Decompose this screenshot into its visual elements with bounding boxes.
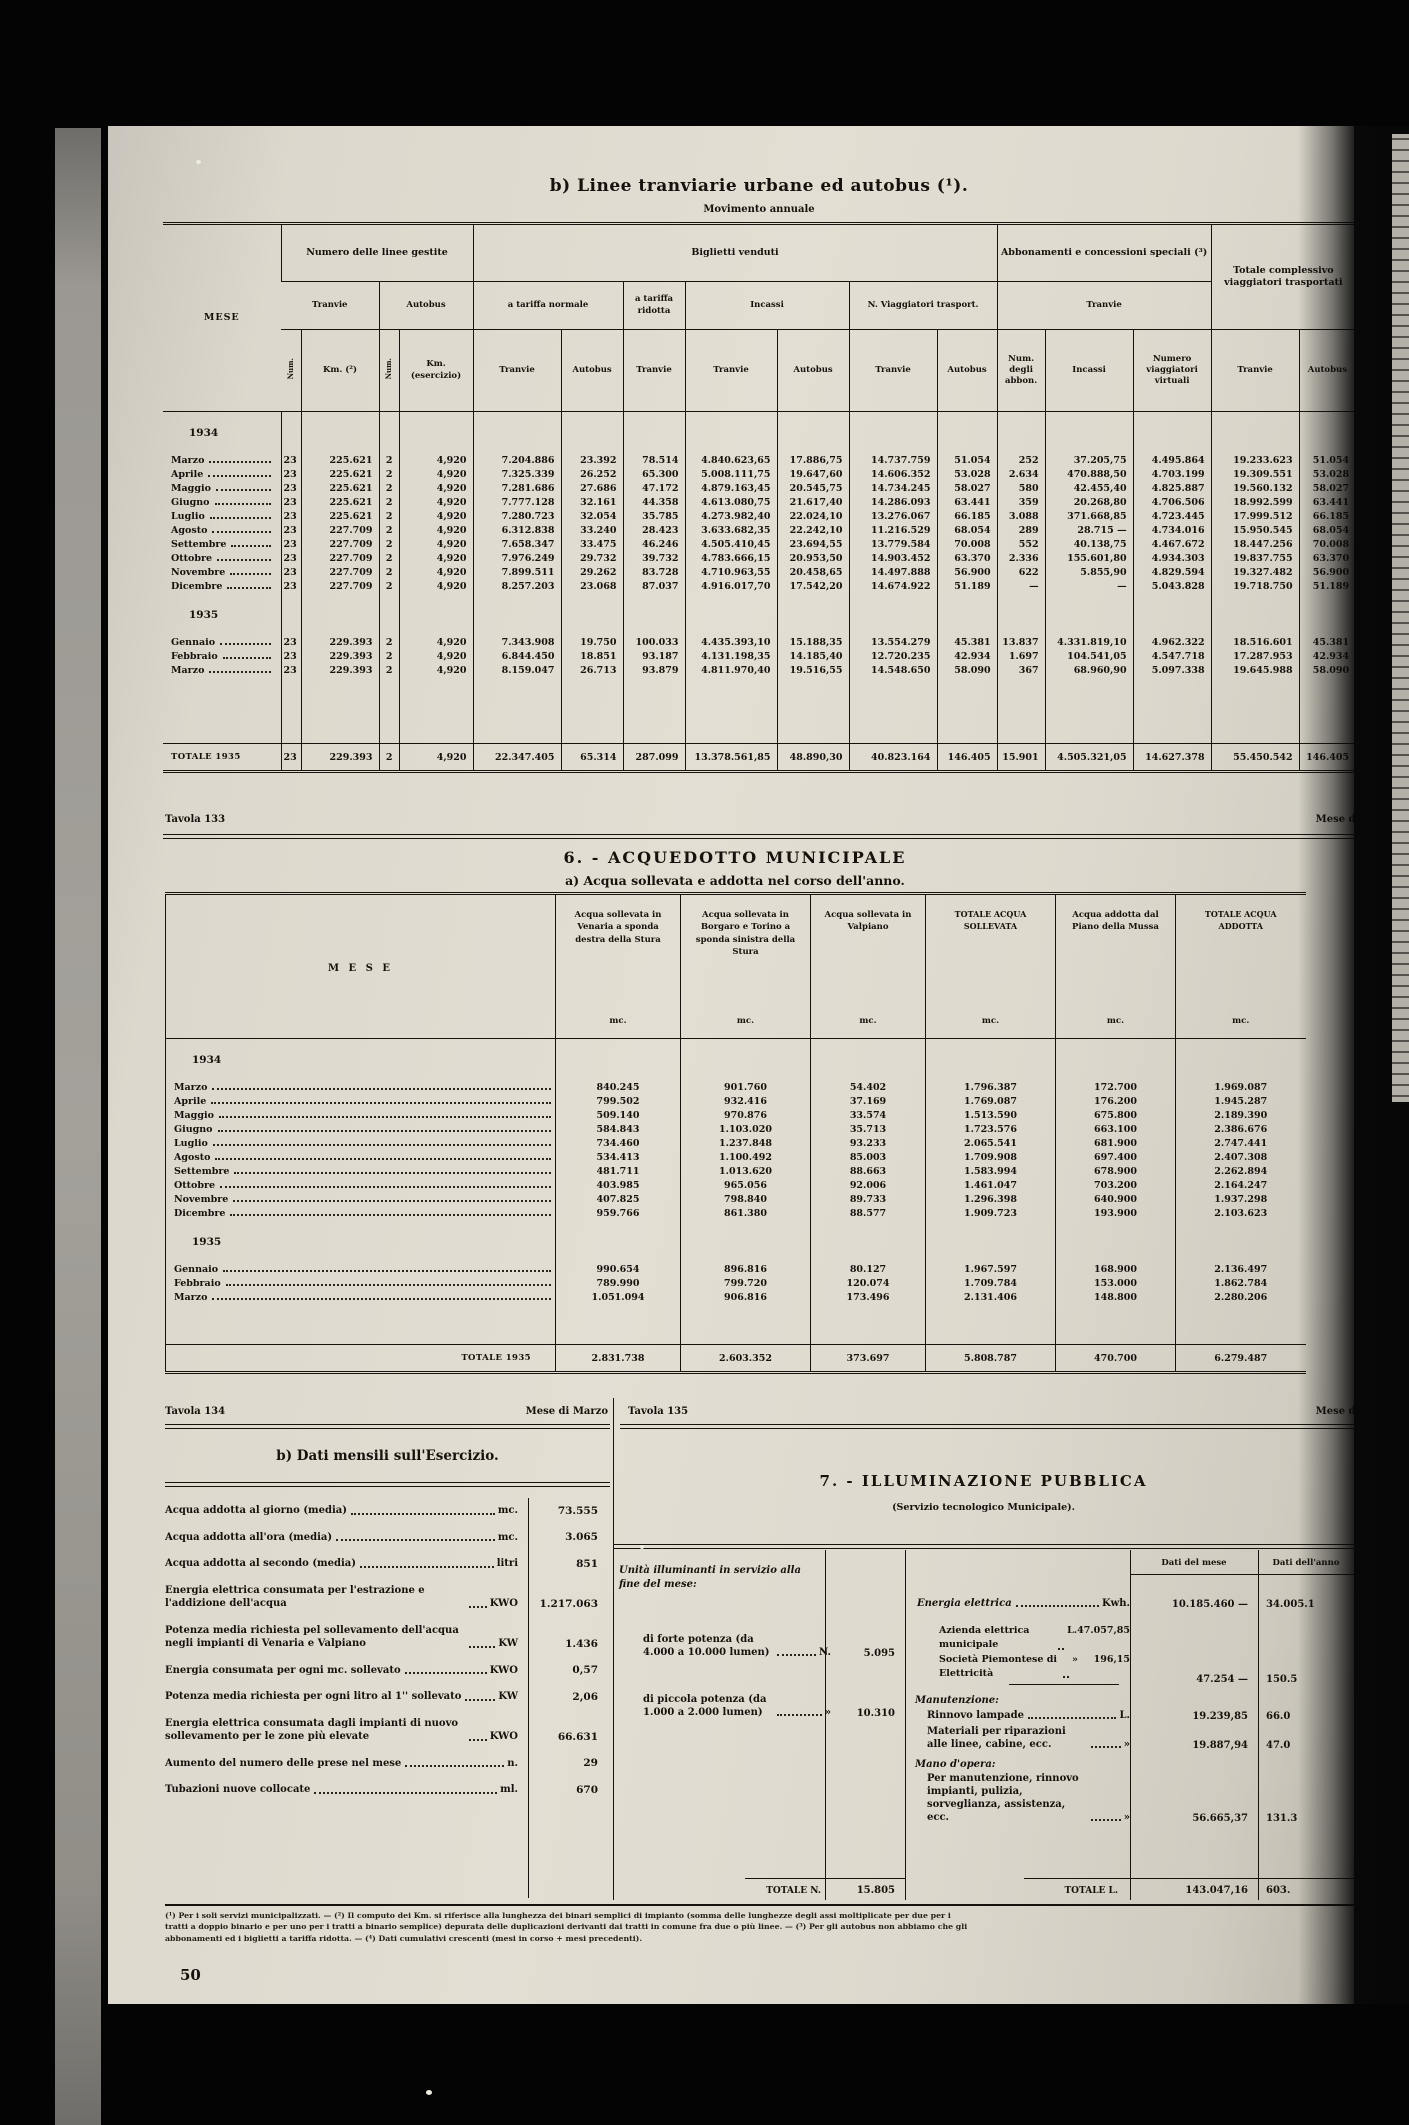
label-text: Settembre [174, 1166, 229, 1177]
empty-cell [811, 1305, 926, 1345]
table-cell: 2.407.308 [1176, 1151, 1306, 1165]
row-label: Gennaio [163, 636, 281, 650]
label-text: Agosto [171, 525, 207, 536]
item-label: Tubazioni nuove collocateml. [165, 1783, 528, 1797]
table-cell: 4.703.199 [1133, 468, 1211, 482]
sub-autobus: Autobus [379, 282, 473, 330]
table-row: Ottobre23227.70924,9207.976.24929.73239.… [163, 552, 1354, 566]
table-cell: 678.900 [1056, 1165, 1176, 1179]
header-text: Acqua addotta dal Piano della Mussa [1064, 909, 1167, 934]
row-label-flex: Agosto [174, 1152, 555, 1163]
table-cell: 4.706.506 [1133, 496, 1211, 510]
table-cell: 66.185 [937, 510, 997, 524]
table-cell: 4.934.303 [1133, 552, 1211, 566]
table-cell: 29.262 [561, 566, 623, 580]
dot-leader [215, 503, 271, 505]
unita-illuminanti-intro: Unità illuminanti in servizio alla fine … [619, 1564, 819, 1591]
row-label: Maggio [166, 1109, 556, 1123]
table-cell: 2 [379, 482, 399, 496]
table-cell: 176.200 [1056, 1095, 1176, 1109]
illuminazione-section: 7. - ILLUMINAZIONE PUBBLICA (Servizio te… [613, 1458, 1354, 1900]
empty-cell [1211, 594, 1299, 636]
value-mese: 47.254 — [1130, 1674, 1258, 1685]
dot-leader [1091, 1819, 1121, 1821]
row-label: Luglio [166, 1137, 556, 1151]
table-cell: 15.188,35 [777, 636, 849, 650]
label-text: Potenza media richiesta pel sollevamento… [165, 1624, 465, 1651]
empty-cell [926, 1039, 1056, 1081]
empty-cell [623, 412, 685, 454]
unit-label: n. [507, 1757, 518, 1771]
label-text: Tubazioni nuove collocate [165, 1783, 310, 1797]
dati-mensili-item: Acqua addotta all'ora (media)mc.3.065 [165, 1531, 610, 1545]
sub-value: 47.057,85 [1077, 1624, 1130, 1653]
section7-subtitle: (Servizio tecnologico Municipale). [613, 1502, 1354, 1513]
row-label-flex: Novembre [174, 1194, 555, 1205]
label-text: di forte potenza (da 4.000 a 10.000 lume… [643, 1633, 773, 1659]
label-text: Settembre [171, 539, 226, 550]
dot-leader [230, 573, 270, 575]
label-text: Energia elettrica consumata dagli impian… [165, 1717, 465, 1744]
empty-cell [811, 1221, 926, 1263]
horizontal-rule [165, 1482, 610, 1487]
table1-header: MESE Numero delle linee gestite Bigliett… [163, 224, 1354, 412]
table-cell: 734.460 [556, 1137, 681, 1151]
table-cell: 23 [281, 636, 301, 650]
year-row: 1935 [163, 594, 1354, 636]
table-cell: 906.816 [681, 1291, 811, 1305]
table-cell: 65.300 [623, 468, 685, 482]
year-label: 1935 [163, 594, 281, 636]
table-cell: 19.647,60 [777, 468, 849, 482]
row-label: Giugno [166, 1123, 556, 1137]
dot-leader [212, 1088, 551, 1090]
dot-leader [469, 1646, 495, 1648]
table-cell: 4,920 [399, 566, 473, 580]
empty-cell [301, 412, 379, 454]
table-cell: 470.888,50 [1045, 468, 1133, 482]
empty-cell [681, 1221, 811, 1263]
sub-incassi: Incassi [685, 282, 849, 330]
table-row: Marzo840.245901.76054.4021.796.387172.70… [166, 1081, 1306, 1095]
unit-label: mc. [689, 1015, 802, 1027]
col-mese: MESE [163, 224, 281, 412]
table-cell: 1.796.387 [926, 1081, 1056, 1095]
label-text: Novembre [171, 567, 225, 578]
row-label: Dicembre [166, 1207, 556, 1221]
table-row: Luglio734.4601.237.84893.2332.065.541681… [166, 1137, 1306, 1151]
table-cell: 37.205,75 [1045, 454, 1133, 468]
scan-speck [640, 1545, 644, 1549]
table-cell: 580 [997, 482, 1045, 496]
row-label-flex: Giugno [171, 497, 275, 508]
empty-cell [685, 412, 777, 454]
col-totale-tranvie: Tranvie [1211, 330, 1299, 412]
year-row: 1934 [163, 412, 1354, 454]
empty-cell [1056, 1221, 1176, 1263]
dot-leader [208, 475, 270, 477]
table-cell: 14.903.452 [849, 552, 937, 566]
page-number: 50 [180, 1966, 201, 1984]
dot-leader [1091, 1746, 1121, 1748]
table-cell: 4,920 [399, 496, 473, 510]
table-cell: 42.934 [937, 650, 997, 664]
label-text: Luglio [174, 1138, 208, 1149]
table-cell: 227.709 [301, 524, 379, 538]
table-cell: 4.547.718 [1133, 650, 1211, 664]
table-cell: 146.405 [937, 744, 997, 772]
sub-tranvie-abbonamenti: Tranvie [997, 282, 1211, 330]
table-cell: 63.441 [937, 496, 997, 510]
col-addotta-mussa: Acqua addotta dal Piano della Mussamc. [1056, 894, 1176, 1039]
table1-title: b) Linee tranviarie urbane ed autobus (¹… [163, 176, 1354, 196]
col-dati-mese: Dati del mese [1130, 1550, 1258, 1575]
col-incassi-abbonamenti: Incassi [1045, 330, 1133, 412]
list-item: di forte potenza (da 4.000 a 10.000 lume… [619, 1633, 905, 1659]
sub-lines: Azienda elettrica municipale L. 47.057,8… [913, 1624, 1130, 1685]
item-value: 5.095 [831, 1648, 905, 1659]
empty-cell [379, 678, 399, 744]
table-cell: 20.545,75 [777, 482, 849, 496]
table-cell: 87.037 [623, 580, 685, 594]
horizontal-rule [165, 1424, 610, 1429]
value-mese: 56.665,37 [1130, 1813, 1258, 1824]
row-label: Aprile [163, 468, 281, 482]
sub-viaggiatori: N. Viaggiatori trasport. [849, 282, 997, 330]
col-num-abbonati: Num. degli abbon. [997, 330, 1045, 412]
dot-leader [216, 489, 271, 491]
table-cell: 23 [281, 538, 301, 552]
dot-leader [212, 1298, 551, 1300]
row-label: Ottobre [163, 552, 281, 566]
table-cell: 27.686 [561, 482, 623, 496]
dati-mensili-item: Potenza media richiesta per ogni litro a… [165, 1690, 610, 1704]
table-cell: 2 [379, 636, 399, 650]
table-cell: 470.700 [1056, 1345, 1176, 1373]
tavola-135-label: Tavola 135 [628, 1406, 688, 1417]
empty-cell [685, 594, 777, 636]
table-cell: 1.051.094 [556, 1291, 681, 1305]
row-label: Settembre [166, 1165, 556, 1179]
table-row: Giugno584.8431.103.02035.7131.723.576663… [166, 1123, 1306, 1137]
table-cell: 1.513.590 [926, 1109, 1056, 1123]
row-label: Agosto [166, 1151, 556, 1165]
row-label: Febbraio [166, 1277, 556, 1291]
table-cell: 4,920 [399, 454, 473, 468]
col-normale-autobus: Autobus [561, 330, 623, 412]
year-label: 1934 [166, 1039, 556, 1081]
table-cell: 20.953,50 [777, 552, 849, 566]
table-cell: 373.697 [811, 1345, 926, 1373]
unit-label: ml. [500, 1783, 518, 1797]
year-row: 1934 [166, 1039, 1306, 1081]
total-row: Totale N. 15.805 [619, 1879, 905, 1900]
label-text: Aprile [171, 469, 203, 480]
column-headers: Dati del mese Dati dell'anno [913, 1550, 1354, 1575]
table-row: Agosto23227.70924,9206.312.83833.24028.4… [163, 524, 1354, 538]
table-cell: 68.960,90 [1045, 664, 1133, 678]
table-cell: 229.393 [301, 744, 379, 772]
table-cell: 21.617,40 [777, 496, 849, 510]
materiali-row: Materiali per riparazioni alle linee, ca… [913, 1725, 1354, 1751]
label-text: Luglio [171, 511, 205, 522]
table-cell: 40.823.164 [849, 744, 937, 772]
table-cell: 227.709 [301, 580, 379, 594]
col-num-tranvie: Num. [281, 330, 301, 412]
table-cell: 798.840 [681, 1193, 811, 1207]
row-label: Aprile [166, 1095, 556, 1109]
table1-body: 1934Marzo23225.62124,9207.204.88623.3927… [163, 412, 1354, 772]
dot-leader [220, 643, 270, 645]
table-cell: 23 [281, 744, 301, 772]
label-text: Febbraio [171, 651, 218, 662]
empty-cell [1176, 1221, 1306, 1263]
table-cell: 4.734.016 [1133, 524, 1211, 538]
label-text: Gennaio [171, 637, 215, 648]
table-cell: 5.855,90 [1045, 566, 1133, 580]
empty-cell [681, 1039, 811, 1081]
dot-leader [210, 517, 271, 519]
horizontal-rule [620, 1424, 1354, 1429]
table-cell: 287.099 [623, 744, 685, 772]
num-vertical-label: Num. [384, 358, 393, 379]
group-abbonamenti: Abbonamenti e concessioni speciali (³) [997, 224, 1211, 282]
spese-illuminazione-block: Dati del mese Dati dell'anno Energia ele… [913, 1550, 1354, 1900]
empty-cell [777, 412, 849, 454]
total-mese: 143.047,16 [1130, 1885, 1258, 1896]
col-normale-tranvie: Tranvie [473, 330, 561, 412]
col-totale-addotta: Totale acqua addottamc. [1176, 894, 1306, 1039]
table-cell: 19.309.551 [1211, 468, 1299, 482]
table-cell: 4.962.322 [1133, 636, 1211, 650]
table-cell: 148.800 [1056, 1291, 1176, 1305]
empty-cell [849, 678, 937, 744]
table-cell: 7.899.511 [473, 566, 561, 580]
table-cell: 45.381 [937, 636, 997, 650]
table-cell: 93.187 [623, 650, 685, 664]
item-value: 670 [528, 1783, 610, 1797]
table-cell: 4.613.080,75 [685, 496, 777, 510]
table-cell: 8.257.203 [473, 580, 561, 594]
dot-leader [405, 1672, 487, 1674]
total-label: Totale N. [619, 1886, 831, 1896]
table-row: Ottobre403.985965.05692.0061.461.047703.… [166, 1179, 1306, 1193]
table-cell: 17.542,20 [777, 580, 849, 594]
item-value: 0,57 [528, 1664, 610, 1678]
unit-label: Kwh. [1102, 1597, 1130, 1610]
table-cell: 227.709 [301, 538, 379, 552]
table-cell: 970.876 [681, 1109, 811, 1123]
item-value: 66.631 [528, 1717, 610, 1744]
sub-line: Società Piemontese di Elettricità » 196,… [913, 1653, 1130, 1682]
table-cell: 2 [379, 538, 399, 552]
table-cell: 14.674.922 [849, 580, 937, 594]
table-row: Marzo1.051.094906.816173.4962.131.406148… [166, 1291, 1306, 1305]
table-cell: 7.281.686 [473, 482, 561, 496]
empty-cell [926, 1305, 1056, 1345]
dot-leader [351, 1513, 495, 1515]
unit-label: KW [498, 1690, 518, 1704]
row-label: Marzo [163, 664, 281, 678]
table-cell: 7.777.128 [473, 496, 561, 510]
table-cell: 28.715 — [1045, 524, 1133, 538]
row-label-flex: Maggio [174, 1110, 555, 1121]
unit-label: mc. [564, 1015, 672, 1027]
dot-leader [1028, 1717, 1117, 1719]
label-text: Febbraio [174, 1278, 221, 1289]
table-cell: 23 [281, 524, 301, 538]
table-cell: 42.455,40 [1045, 482, 1133, 496]
table-cell: 2 [379, 496, 399, 510]
table-cell: 8.159.047 [473, 664, 561, 678]
table-cell: 19.718.750 [1211, 580, 1299, 594]
empty-cell [997, 412, 1045, 454]
table-row: Gennaio990.654896.81680.1271.967.597168.… [166, 1263, 1306, 1277]
table-cell: 4,920 [399, 744, 473, 772]
table-cell: 2.386.676 [1176, 1123, 1306, 1137]
empty-cell [556, 1305, 681, 1345]
table-cell: 4,920 [399, 636, 473, 650]
tram-bus-table: MESE Numero delle linee gestite Bigliett… [163, 222, 1354, 773]
table-cell: 23 [281, 482, 301, 496]
dati-mensili-item: Acqua addotta al secondo (media)litri851 [165, 1557, 610, 1571]
table-cell: 534.413 [556, 1151, 681, 1165]
table-cell: 6.312.838 [473, 524, 561, 538]
unit-label: mc. [1184, 1015, 1298, 1027]
table-row: Agosto534.4131.100.49285.0031.709.908697… [166, 1151, 1306, 1165]
table-cell: 1.013.620 [681, 1165, 811, 1179]
table-cell: 23 [281, 580, 301, 594]
table-cell: 2 [379, 744, 399, 772]
table-cell: 4,920 [399, 524, 473, 538]
table-cell: 19.645.988 [1211, 664, 1299, 678]
dot-leader [209, 461, 270, 463]
col-viagg-tranvie: Tranvie [849, 330, 937, 412]
table-cell: 46.246 [623, 538, 685, 552]
dot-leader [231, 545, 270, 547]
unita-illuminanti-block: Unità illuminanti in servizio alla fine … [619, 1550, 905, 1900]
col-venaria: Acqua sollevata in Venaria a sponda dest… [556, 894, 681, 1039]
item-label: Aumento del numero delle prese nel mesen… [165, 1757, 528, 1771]
unit-label: mc. [819, 1015, 917, 1027]
row-label: Luglio [163, 510, 281, 524]
table-cell: 4.505.321,05 [1045, 744, 1133, 772]
section6-subtitle: a) Acqua sollevata e addotta nel corso d… [165, 873, 1305, 888]
item-value: 10.310 [831, 1708, 905, 1719]
col-valpiano: Acqua sollevata in Valpianomc. [811, 894, 926, 1039]
empty-cell [1176, 1039, 1306, 1081]
manutenzione-heading: Manutenzione: [913, 1695, 1354, 1706]
table-cell: 4.710.963,55 [685, 566, 777, 580]
footnotes-block: (¹) Per i soli servizi municipalizzati. … [165, 1904, 1354, 1944]
total-label: Totale L. [913, 1886, 1130, 1896]
table-cell: 35.713 [811, 1123, 926, 1137]
row-label: Dicembre [163, 580, 281, 594]
unit-label: mc. [498, 1531, 518, 1545]
label-text: Maggio [171, 483, 211, 494]
dot-leader [233, 1200, 551, 1202]
unit-label: KWO [490, 1730, 518, 1744]
table-cell: 12.720.235 [849, 650, 937, 664]
dati-mensili-item: Energia elettrica consumata per l'estraz… [165, 1584, 610, 1611]
table-cell: 29.732 [561, 552, 623, 566]
label-text: Potenza media richiesta per ogni litro a… [165, 1690, 461, 1704]
table-cell: 4.467.672 [1133, 538, 1211, 552]
table-cell: 23.068 [561, 580, 623, 594]
col-totale-sollevata: Totale acqua sollevatamc. [926, 894, 1056, 1039]
adjacent-page-edge [1392, 134, 1409, 1102]
table-cell: 48.890,30 [777, 744, 849, 772]
table-cell: 44.358 [623, 496, 685, 510]
table-row: Aprile23225.62124,9207.325.33926.25265.3… [163, 468, 1354, 482]
label-text: Giugno [174, 1124, 213, 1135]
table-cell: 88.577 [811, 1207, 926, 1221]
total-row: Totale 193523229.39324,92022.347.40565.3… [163, 744, 1354, 772]
dot-leader [1016, 1605, 1099, 1607]
table-cell: 4,920 [399, 482, 473, 496]
dati-mensili-item: Energia elettrica consumata dagli impian… [165, 1717, 610, 1744]
table-cell: 861.380 [681, 1207, 811, 1221]
year-label: 1935 [166, 1221, 556, 1263]
table2-header: M E S E Acqua sollevata in Venaria a spo… [166, 894, 1306, 1039]
label-text: Materiali per riparazioni alle linee, ca… [927, 1725, 1087, 1751]
table-cell: 4,920 [399, 552, 473, 566]
table-cell: 13.378.561,85 [685, 744, 777, 772]
empty-cell [926, 1221, 1056, 1263]
empty-cell [561, 412, 623, 454]
table-cell: 85.003 [811, 1151, 926, 1165]
table-cell: 7.204.886 [473, 454, 561, 468]
row-label-flex: Ottobre [171, 553, 275, 564]
table-cell: 990.654 [556, 1263, 681, 1277]
table-cell: 15.950.545 [1211, 524, 1299, 538]
table-cell: 7.343.908 [473, 636, 561, 650]
row-label-flex: Febbraio [174, 1278, 555, 1289]
table-cell: 7.976.249 [473, 552, 561, 566]
table-cell: — [1045, 580, 1133, 594]
item-value: 29 [528, 1757, 610, 1771]
dot-leader [234, 1172, 551, 1174]
col-viaggiatori-virtuali: Numero viaggiatori virtuali [1133, 330, 1211, 412]
table-cell: 47.172 [623, 482, 685, 496]
row-label: Marzo [166, 1081, 556, 1095]
table-cell: 15.901 [997, 744, 1045, 772]
row-label-flex: Maggio [171, 483, 275, 494]
total-label: Totale 1935 [163, 744, 281, 772]
col-viagg-autobus: Autobus [937, 330, 997, 412]
table-cell: 2.280.206 [1176, 1291, 1306, 1305]
label-text: Ottobre [171, 553, 212, 564]
table-cell: 13.837 [997, 636, 1045, 650]
table-row: Febbraio789.990799.720120.0741.709.78415… [166, 1277, 1306, 1291]
table-cell: 552 [997, 538, 1045, 552]
vertical-divider [528, 1498, 529, 1898]
table-cell: 51.054 [937, 454, 997, 468]
table-row: Febbraio23229.39324,9206.844.45018.85193… [163, 650, 1354, 664]
table-cell: 896.816 [681, 1263, 811, 1277]
unit-label: mc. [498, 1504, 518, 1518]
table-cell: 19.560.132 [1211, 482, 1299, 496]
empty-cell [1133, 678, 1211, 744]
table-cell: 1.723.576 [926, 1123, 1056, 1137]
dot-leader [217, 559, 270, 561]
table-cell: 1.937.298 [1176, 1193, 1306, 1207]
row-label: Giugno [163, 496, 281, 510]
row-label-flex: Settembre [174, 1166, 555, 1177]
dot-leader [777, 1654, 816, 1656]
label-text: Energia consumata per ogni mc. sollevato [165, 1664, 401, 1678]
table-cell: 2.634 [997, 468, 1045, 482]
